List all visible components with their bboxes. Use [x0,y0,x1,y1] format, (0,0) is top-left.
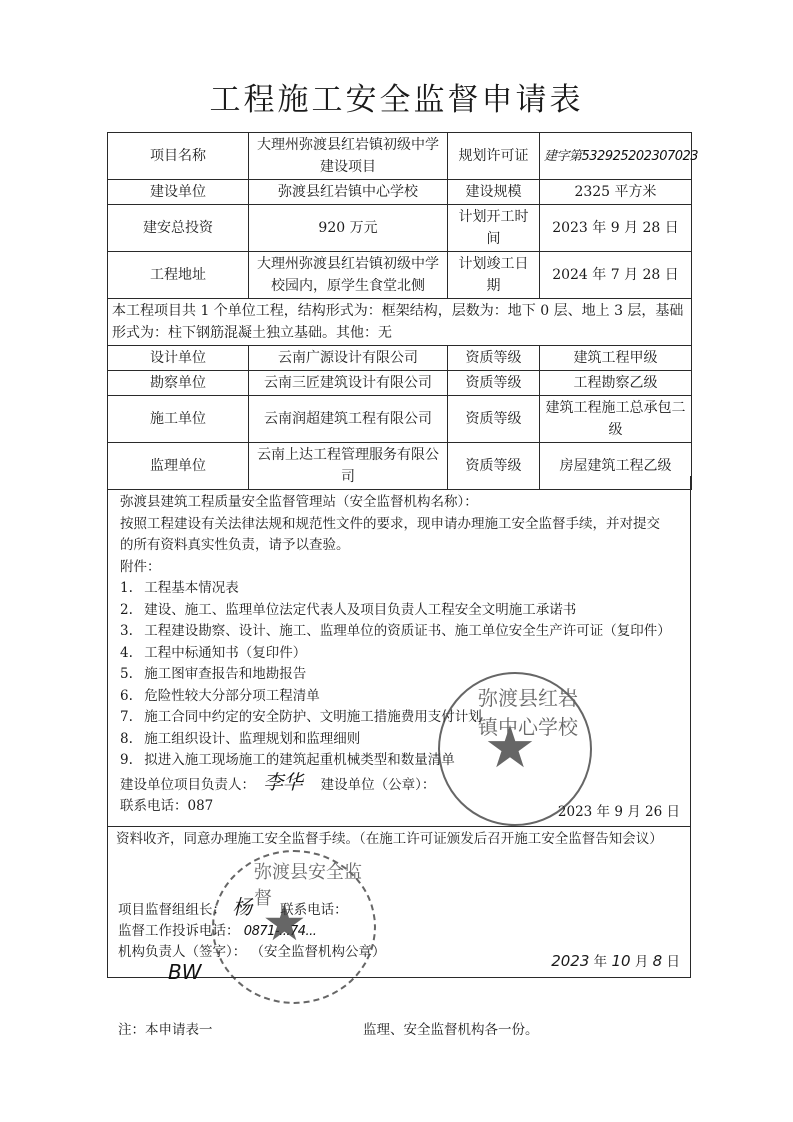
table-row: 本工程项目共 1 个单位工程，结构形式为：框架结构，层数为：地下 0 层、地上 … [108,299,692,346]
value-end-date: 2024 年 7 月 28 日 [540,252,692,299]
school-seal-stamp: ★ 弥渡县红岩镇中心学校 [438,672,592,826]
responsible-label: 建设单位项目负责人： [120,777,255,793]
approval-section: 资料收齐，同意办理施工安全监督手续。（在施工许可证颁发后召开施工安全监督告知会议… [107,826,691,978]
label-end-date: 计划竣工日期 [448,252,540,299]
table-row: 勘察单位 云南三匠建筑设计有限公司 资质等级 工程勘察乙级 [108,371,692,396]
value-address: 大理州弥渡县红岩镇初级中学校园内，原学生食堂北侧 [249,252,448,299]
attachment-item: 5. 施工图审查报告和地勘报告 [120,664,678,686]
qual-label: 资质等级 [448,371,540,396]
footer-note-left: 注：本申请表一 [118,1018,213,1038]
application-date: 2023 年 9 月 26 日 [558,802,680,824]
label-start-date: 计划开工时间 [448,205,540,252]
attachment-item: 3. 工程建设勘察、设计、施工、监理单位的资质证书、施工单位安全生产许可证（复印… [120,621,678,643]
qual-label: 资质等级 [448,346,540,371]
permit-handwritten: 建字第532925202307023 [544,149,698,164]
label-project-name: 项目名称 [108,133,249,180]
unit-qualification: 建筑工程甲级 [540,346,692,371]
unit-qualification: 建筑工程施工总承包二级 [540,396,692,443]
footer-note-right: 监理、安全监督机构各一份。 [363,1018,539,1038]
table-row: 建设单位 弥渡县红岩镇中心学校 建设规模 2325 平方米 [108,180,692,205]
unit-company: 云南三匠建筑设计有限公司 [249,371,448,396]
leader-label: 项目监督组组长： [118,902,226,918]
responsible-signature: 李华 [263,770,302,794]
approval-date: 2023 年 10 月 8 日 [551,951,680,973]
unit-role: 施工单位 [108,396,249,443]
unit-company: 云南广源设计有限公司 [249,346,448,371]
application-body-2: 的所有资料真实性负责，请予以查验。 [120,535,678,557]
value-builder: 弥渡县红岩镇中心学校 [249,180,448,205]
unit-company: 云南润超建筑工程有限公司 [249,396,448,443]
value-investment: 920 万元 [249,205,448,252]
attachment-item: 8. 施工组织设计、监理规划和监理细则 [120,729,678,751]
attachment-item: 1. 工程基本情况表 [120,578,678,600]
attachment-item: 4. 工程中标通知书（复印件） [120,643,678,665]
table-row: 设计单位 云南广源设计有限公司 资质等级 建筑工程甲级 [108,346,692,371]
document-title: 工程施工安全监督申请表 [0,74,793,119]
value-scale: 2325 平方米 [540,180,692,205]
label-address: 工程地址 [108,252,249,299]
attachment-item: 7. 施工合同中约定的安全防护、文明施工措施费用支付计划 [120,707,678,729]
table-row: 施工单位 云南润超建筑工程有限公司 资质等级 建筑工程施工总承包二级 [108,396,692,443]
label-builder: 建设单位 [108,180,249,205]
addressee: 弥渡县建筑工程质量安全监督管理站（安全监督机构名称）： [120,492,678,514]
table-row: 建安总投资 920 万元 计划开工时间 2023 年 9 月 28 日 [108,205,692,252]
supervision-seal-stamp: ★ 弥渡县安全监督 [212,850,376,1004]
attachment-item: 9. 拟进入施工现场施工的建筑起重机械类型和数量清单 [120,750,678,772]
qual-label: 资质等级 [448,396,540,443]
unit-role: 设计单位 [108,346,249,371]
attachments-label: 附件： [120,557,678,579]
unit-qualification: 工程勘察乙级 [540,371,692,396]
application-body-1: 按照工程建设有关法律法规和规范性文件的要求，现申请办理施工安全监督手续，并对提交 [120,514,678,536]
attachment-item: 2. 建设、施工、监理单位法定代表人及项目负责人工程安全文明施工承诺书 [120,600,678,622]
structure-note: 本工程项目共 1 个单位工程，结构形式为：框架结构，层数为：地下 0 层、地上 … [108,299,692,346]
label-permit: 规划许可证 [448,133,540,180]
responsible-line: 建设单位项目负责人： 李华 建设单位（公章）： [120,772,678,797]
value-permit: 建字第532925202307023 [540,133,692,180]
phone-value: 087 [188,798,214,814]
phone-label: 联系电话： [120,798,188,814]
approval-text: 资料收齐，同意办理施工安全监督手续。（在施工许可证颁发后召开施工安全监督告知会议… [116,829,682,850]
attachment-item: 6. 危险性较大分部分项工程清单 [120,686,678,708]
head-signature: BW [168,960,202,984]
project-info-table: 项目名称 大理州弥渡县红岩镇初级中学建设项目 规划许可证 建字第53292520… [107,132,692,490]
application-section: 弥渡县建筑工程质量安全监督管理站（安全监督机构名称）： 按照工程建设有关法律法规… [107,476,691,826]
unit-role: 勘察单位 [108,371,249,396]
table-row: 项目名称 大理州弥渡县红岩镇初级中学建设项目 规划许可证 建字第53292520… [108,133,692,180]
table-row: 工程地址 大理州弥渡县红岩镇初级中学校园内，原学生食堂北侧 计划竣工日期 202… [108,252,692,299]
unit-seal-label: 建设单位（公章）： [321,777,436,793]
seal-text: 弥渡县红岩镇中心学校 [478,682,590,740]
value-start-date: 2023 年 9 月 28 日 [540,205,692,252]
seal-text: 弥渡县安全监督 [254,858,374,910]
label-investment: 建安总投资 [108,205,249,252]
label-scale: 建设规模 [448,180,540,205]
value-project-name: 大理州弥渡县红岩镇初级中学建设项目 [249,133,448,180]
